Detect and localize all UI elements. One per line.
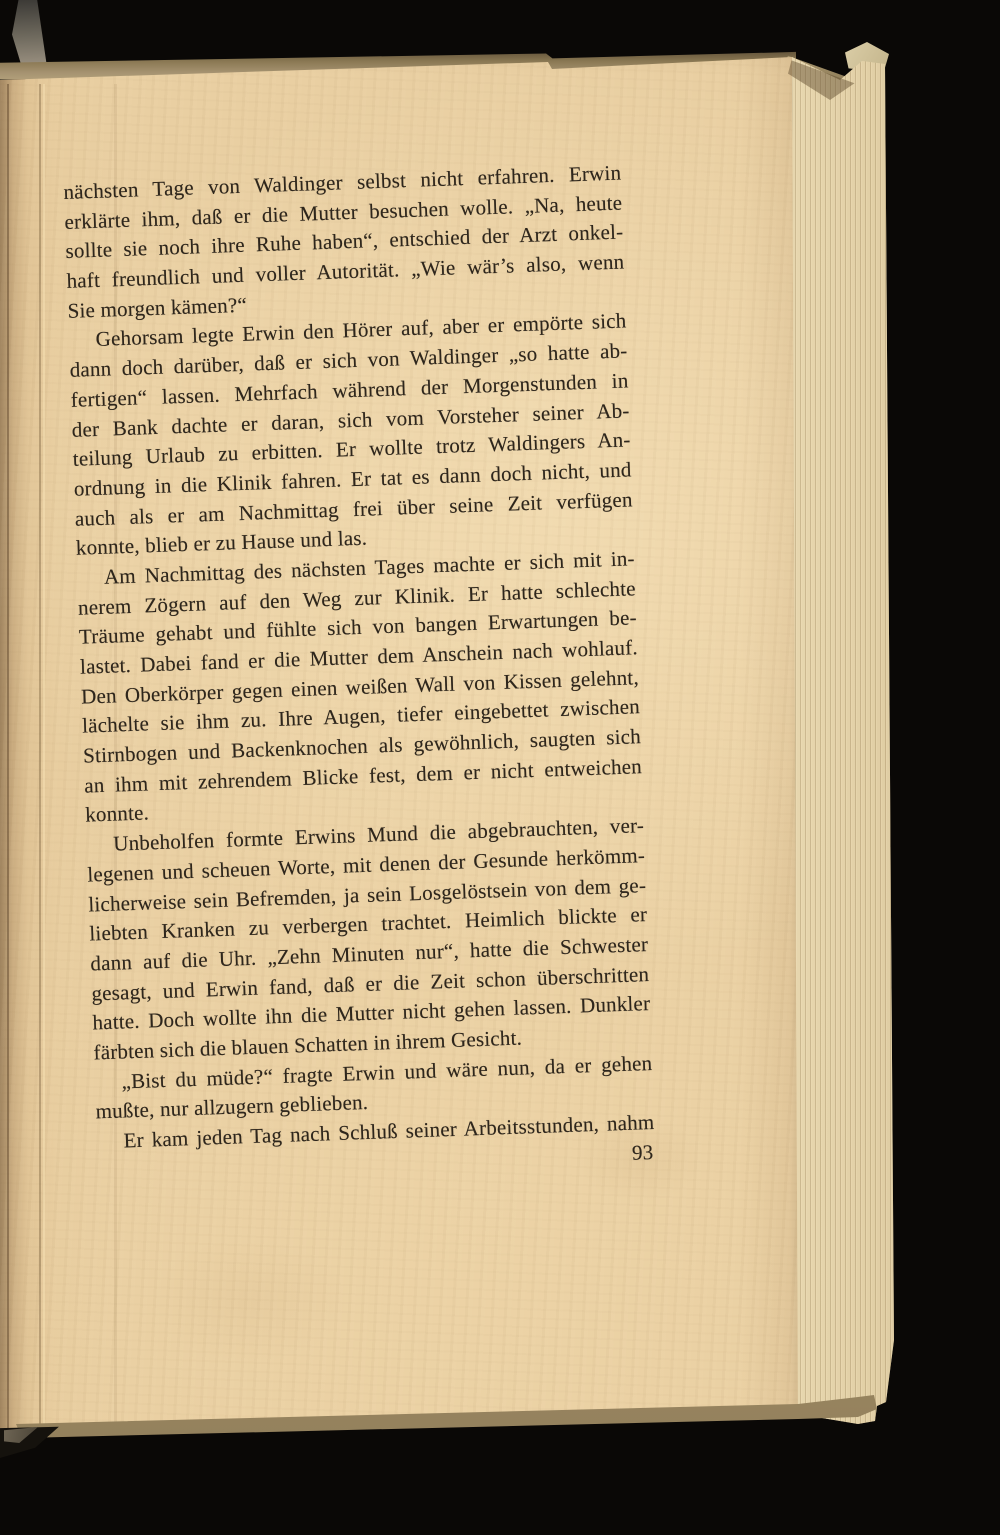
text-lines: nächsten Tage von Waldinger selbst nicht… (63, 159, 655, 1158)
gutter-crease (39, 84, 41, 1428)
gutter-crease-highlight (43, 84, 45, 1428)
book-scan: { "document": { "type": "scanned-book-pa… (0, 0, 1000, 1535)
gutter-crease (7, 84, 9, 1428)
page-text-block: nächsten Tage von Waldinger selbst nicht… (63, 159, 656, 1187)
